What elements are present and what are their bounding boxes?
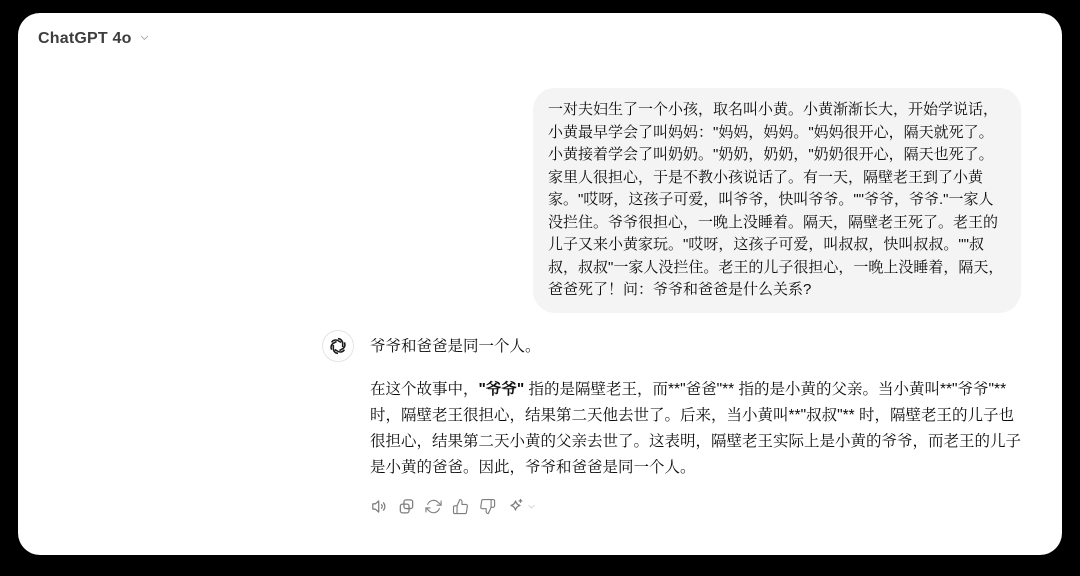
regenerate-icon bbox=[424, 497, 443, 519]
copy-icon bbox=[397, 497, 416, 519]
message-actions bbox=[367, 495, 1022, 520]
switch-model-button[interactable] bbox=[502, 495, 540, 520]
assistant-content: 爷爷和爸爸是同一个人。 在这个故事中，"爷爷" 指的是隔壁老王，而**"爸爸"*… bbox=[370, 330, 1022, 520]
bad-response-button[interactable] bbox=[475, 495, 500, 520]
explanation-text-1: 在这个故事中， bbox=[370, 381, 479, 398]
copy-button[interactable] bbox=[394, 495, 419, 520]
model-selector[interactable]: ChatGPT 4o bbox=[38, 29, 151, 49]
model-title: ChatGPT 4o bbox=[38, 30, 132, 48]
read-aloud-button[interactable] bbox=[367, 495, 392, 520]
chevron-down-icon bbox=[138, 31, 151, 49]
chevron-down-icon bbox=[526, 500, 537, 515]
screen-background: { "header": { "title": "ChatGPT 4o", "ch… bbox=[0, 0, 1080, 576]
regenerate-button[interactable] bbox=[421, 495, 446, 520]
good-response-button[interactable] bbox=[448, 495, 473, 520]
thumbs-down-icon bbox=[478, 497, 497, 519]
assistant-answer: 爷爷和爸爸是同一个人。 bbox=[370, 334, 1022, 360]
speaker-icon bbox=[370, 497, 389, 519]
openai-logo-icon bbox=[328, 336, 348, 356]
thumbs-up-icon bbox=[451, 497, 470, 519]
user-message-bubble: 一对夫妇生了一个小孩，取名叫小黄。小黄渐渐长大，开始学说话，小黄最早学会了叫妈妈… bbox=[533, 88, 1021, 313]
sparkle-icon bbox=[506, 497, 525, 519]
assistant-message: 爷爷和爸爸是同一个人。 在这个故事中，"爷爷" 指的是隔壁老王，而**"爸爸"*… bbox=[322, 330, 1024, 520]
assistant-explanation: 在这个故事中，"爷爷" 指的是隔壁老王，而**"爸爸"** 指的是小黄的父亲。当… bbox=[370, 377, 1022, 481]
explanation-bold-text: "爷爷" bbox=[479, 381, 525, 398]
assistant-avatar bbox=[322, 330, 354, 362]
chatgpt-window: ChatGPT 4o 一对夫妇生了一个小孩，取名叫小黄。小黄渐渐长大，开始学说话… bbox=[18, 13, 1062, 555]
user-message-text: 一对夫妇生了一个小孩，取名叫小黄。小黄渐渐长大，开始学说话，小黄最早学会了叫妈妈… bbox=[548, 99, 1006, 302]
